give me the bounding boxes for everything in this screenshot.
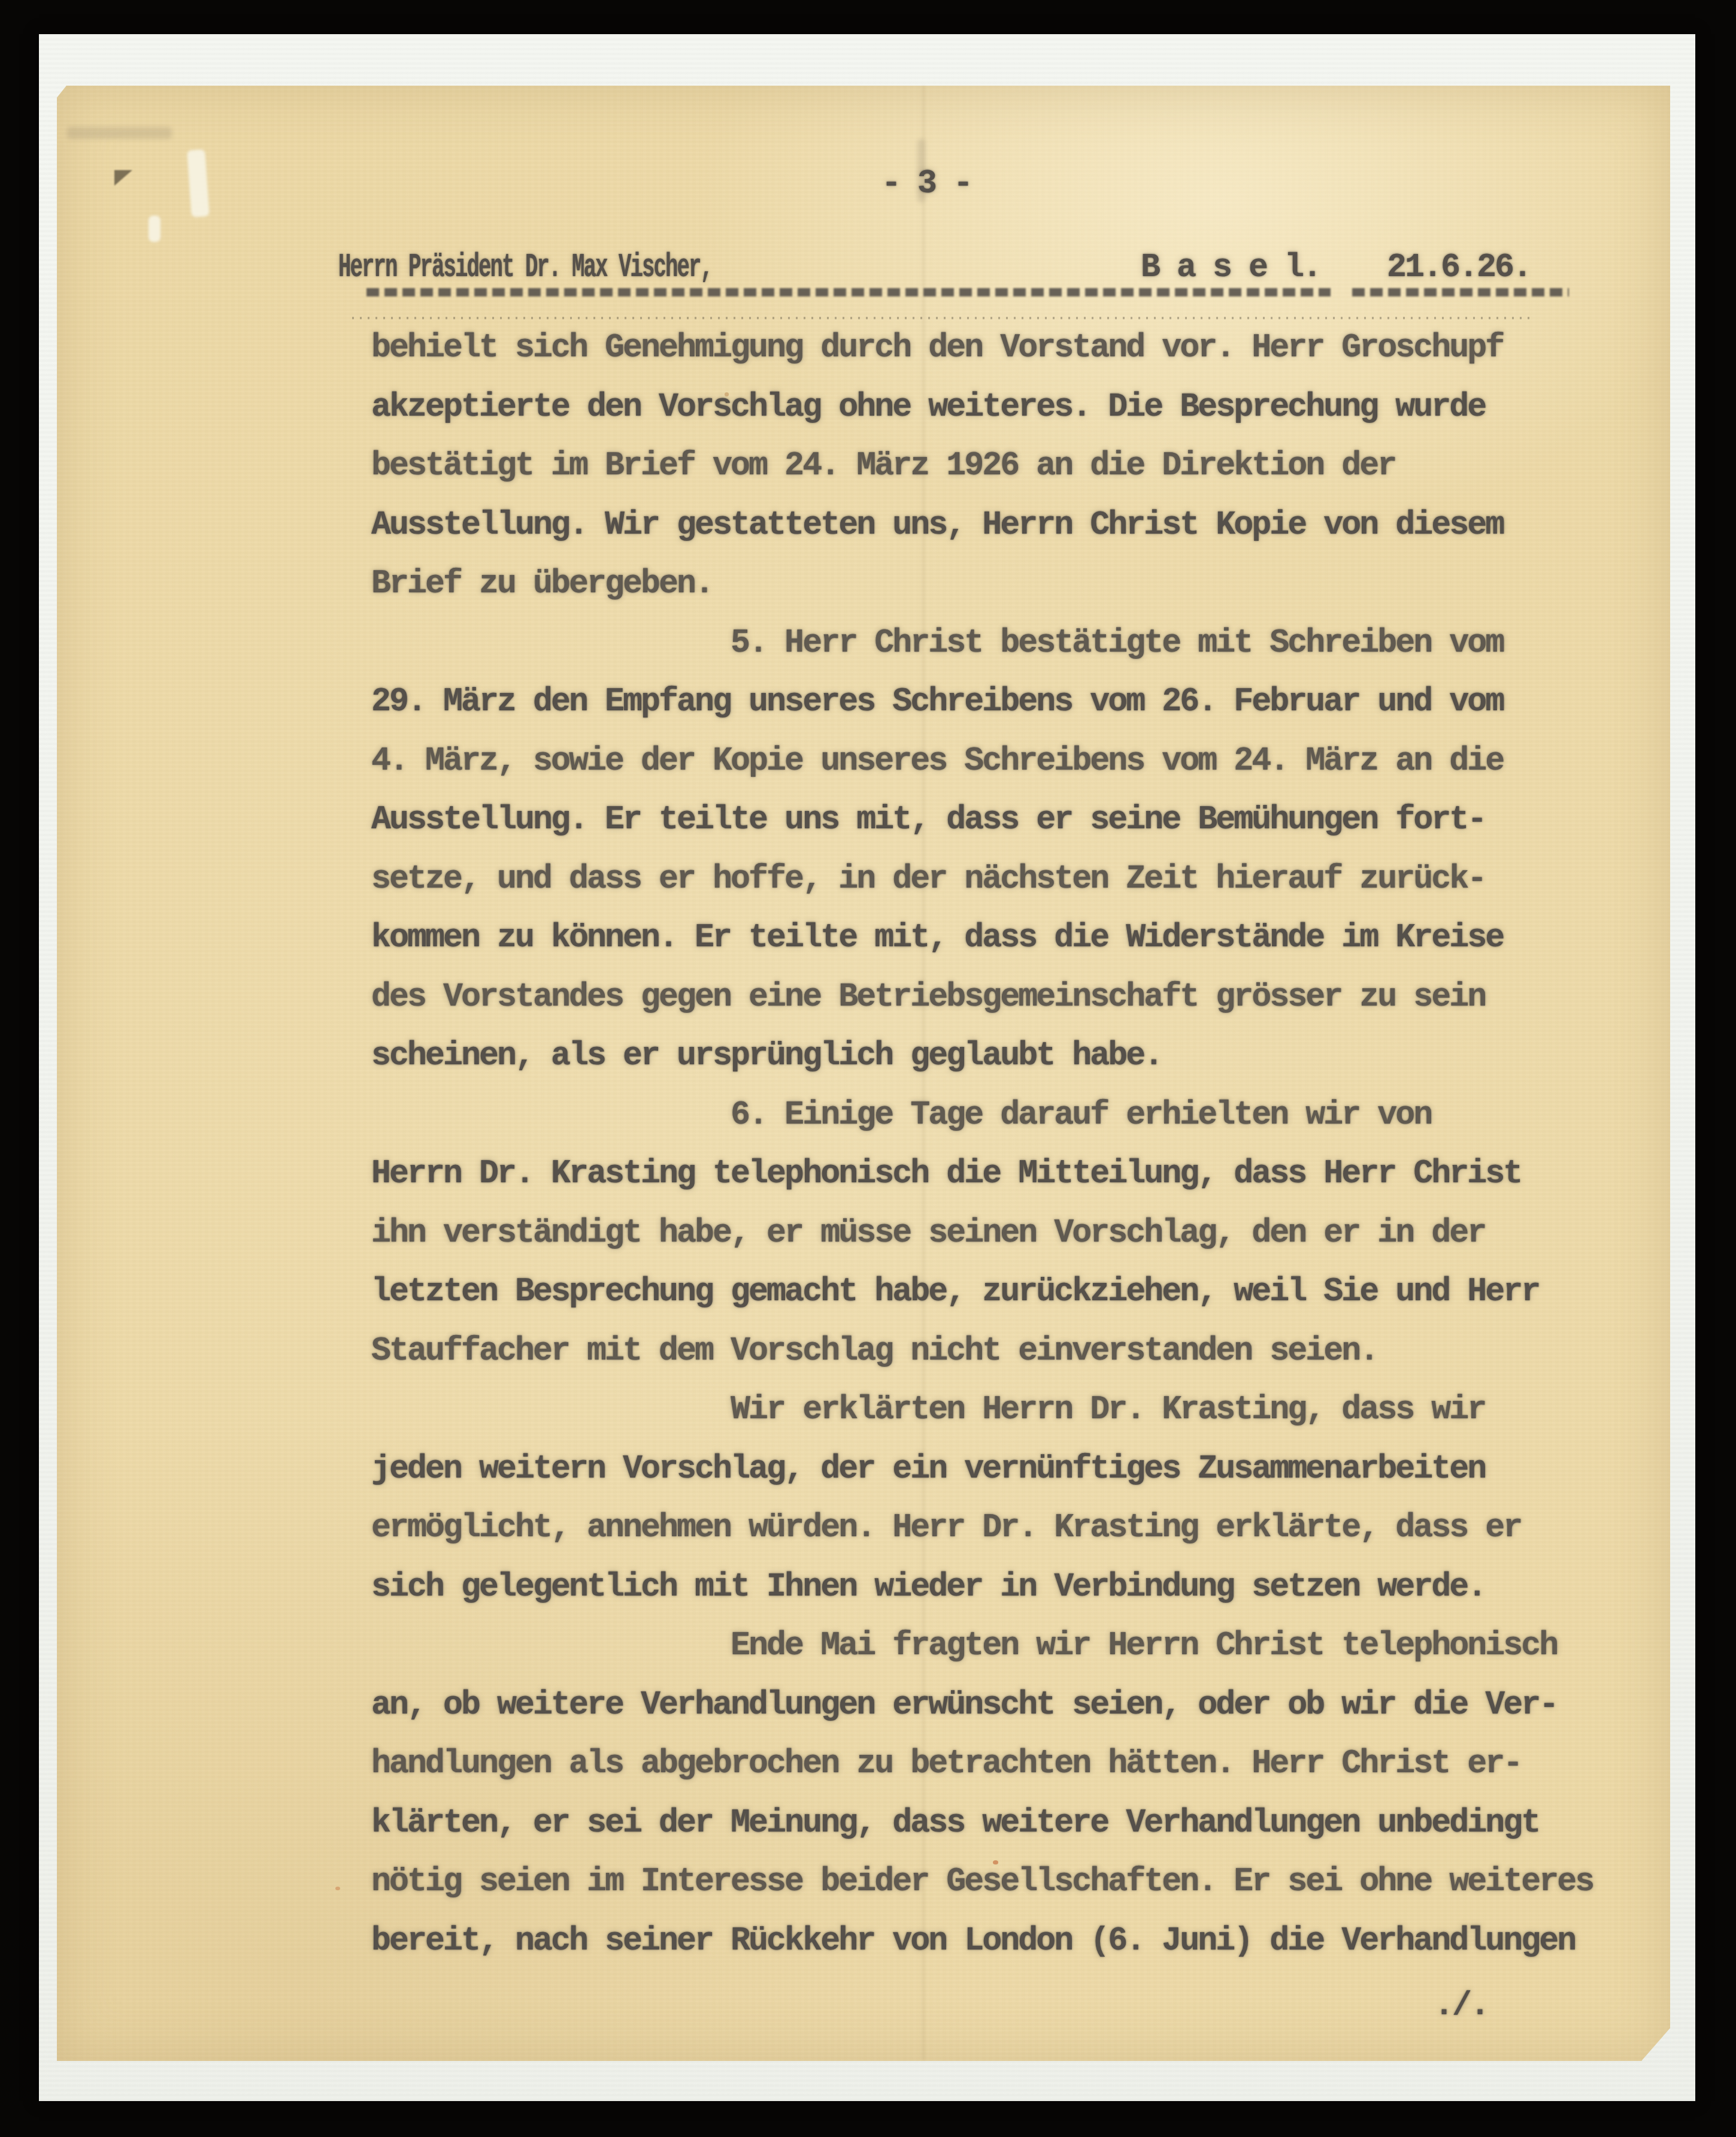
paper-blemish — [149, 216, 160, 242]
text-line: bestätigt im Brief vom 24. März 1926 an … — [371, 437, 1593, 496]
text-line: jeden weitern Vorschlag, der ein vernünf… — [371, 1440, 1593, 1499]
scan-background: - 3 - Herrn Präsident Dr. Max Vischer, B… — [0, 0, 1736, 2137]
text-line: ihn verständigt habe, er müsse seinen Vo… — [371, 1204, 1593, 1263]
text-line: des Vorstandes gegen eine Betriebsgemein… — [371, 968, 1593, 1027]
header-underline-right — [1352, 288, 1569, 296]
header-underline-left — [366, 288, 1331, 296]
text-line: 6. Einige Tage darauf erhielten wir von — [371, 1086, 1593, 1145]
text-line: Brief zu übergeben. — [371, 555, 1593, 614]
letter-body: behielt sich Genehmigung durch den Vorst… — [371, 319, 1593, 1970]
text-line: Stauffacher mit dem Vorschlag nicht einv… — [371, 1322, 1593, 1381]
text-line: Ausstellung. Er teilte uns mit, dass er … — [371, 791, 1593, 850]
ink-bleedthrough-smudge — [67, 127, 172, 139]
text-line: sich gelegentlich mit Ihnen wieder in Ve… — [371, 1558, 1593, 1617]
paragraph: 6. Einige Tage darauf erhielten wir vonH… — [371, 1086, 1593, 1381]
text-line: an, ob weitere Verhandlungen erwünscht s… — [371, 1676, 1593, 1735]
text-line: nötig seien im Interesse beider Gesellsc… — [371, 1853, 1593, 1912]
text-line: setze, und dass er hoffe, in der nächste… — [371, 850, 1593, 909]
text-line: bereit, nach seiner Rückkehr von London … — [371, 1912, 1593, 1971]
text-line: behielt sich Genehmigung durch den Vorst… — [371, 319, 1593, 378]
text-line: Herrn Dr. Krasting telephonisch die Mitt… — [371, 1145, 1593, 1204]
text-line: 4. März, sowie der Kopie unseres Schreib… — [371, 732, 1593, 791]
text-line: Ausstellung. Wir gestatteten uns, Herrn … — [371, 496, 1593, 555]
paragraph: 5. Herr Christ bestätigte mit Schreiben … — [371, 614, 1593, 1086]
text-line: ermöglicht, annehmen würden. Herr Dr. Kr… — [371, 1499, 1593, 1558]
corner-fold-mark — [114, 170, 132, 186]
text-line: Ende Mai fragten wir Herrn Christ teleph… — [371, 1617, 1593, 1676]
continuation-mark: ./. — [1434, 1976, 1488, 2036]
text-line: klärten, er sei der Meinung, dass weiter… — [371, 1794, 1593, 1853]
text-line: akzeptierte den Vorschlag ohne weiteres.… — [371, 378, 1593, 437]
paragraph: behielt sich Genehmigung durch den Vorst… — [371, 319, 1593, 614]
text-line: handlungen als abgebrochen zu betrachten… — [371, 1735, 1593, 1794]
text-line: kommen zu können. Er teilte mit, dass di… — [371, 909, 1593, 968]
paragraph: Ende Mai fragten wir Herrn Christ teleph… — [371, 1617, 1593, 1970]
page-number: - 3 - — [881, 155, 971, 214]
text-line: scheinen, als er ursprünglich geglaubt h… — [371, 1027, 1593, 1086]
text-line: letzten Besprechung gemacht habe, zurück… — [371, 1263, 1593, 1322]
paper-speck — [335, 1887, 340, 1890]
text-line: Wir erklärten Herrn Dr. Krasting, dass w… — [371, 1381, 1593, 1440]
text-line: 5. Herr Christ bestätigte mit Schreiben … — [371, 614, 1593, 673]
text-line: 29. März den Empfang unseres Schreibens … — [371, 673, 1593, 732]
paragraph: Wir erklärten Herrn Dr. Krasting, dass w… — [371, 1381, 1593, 1617]
